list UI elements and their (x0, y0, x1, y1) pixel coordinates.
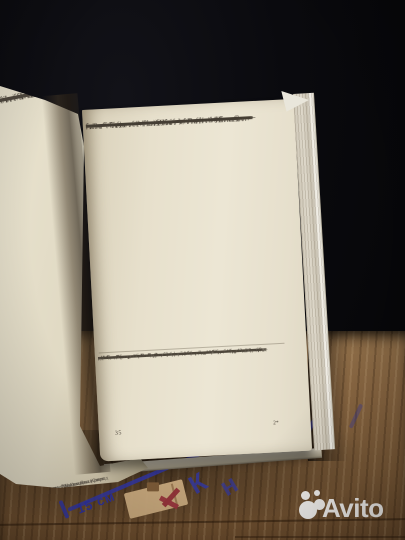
avito-logo-dot (314, 490, 320, 496)
avito-watermark: Avito (296, 487, 405, 533)
sticker-notch (147, 482, 159, 491)
right-page: яются вещам, чем обнаруживаются в них ¹³… (82, 99, 312, 462)
page-footer: 35 2* (103, 422, 279, 441)
text-line: нять роль содержательной метатеории ¹⁵. (86, 118, 207, 131)
signature-mark: 2* (273, 420, 279, 426)
book-photo-scene: 15 см К н юционизм преувеличсть математи… (0, 0, 405, 540)
page-number: 35 (115, 430, 122, 436)
avito-logo-dot (301, 491, 310, 500)
avito-logo-text: Avito (322, 493, 384, 524)
right-page-text: яются вещам, чем обнаруживаются в них ¹³… (86, 113, 286, 123)
plank-gap-line (235, 536, 405, 538)
text-line: релятивистских и квантовых принципов. Л.… (98, 348, 264, 362)
